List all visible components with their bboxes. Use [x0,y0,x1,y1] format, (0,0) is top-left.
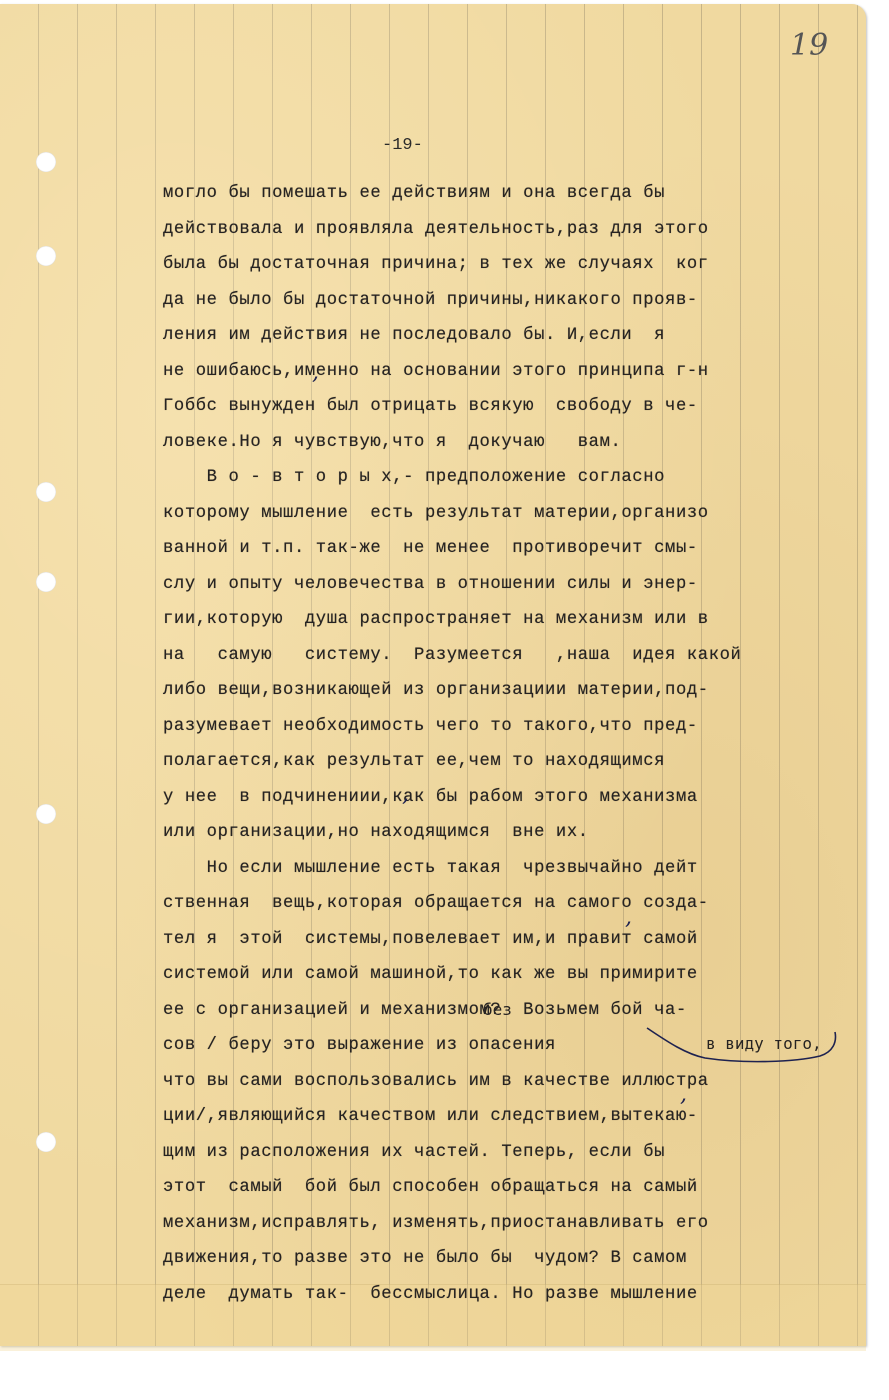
handwritten-folio-number: 19 [790,28,828,63]
text-line: движения,то разве это не было бы чудом? … [163,1241,843,1277]
text-line: системой или самой машиной,то как же вы … [163,957,843,993]
interlinear-insert: без [483,1000,512,1019]
text-line: не ошибаюсь,именно на основании этого пр… [163,354,843,390]
text-line: гии,которую душа распространяет на механ… [163,602,843,638]
punch-hole [36,804,56,824]
text-line: была бы достаточная причина; в тех же сл… [163,247,843,283]
text-line: Гоббс вынужден был отрицать всякую свобо… [163,389,843,425]
insert-mark-curve [645,1020,845,1070]
text-line: ственная вещь,которая обращается на само… [163,886,843,922]
typed-text-body: могло бы помешать ее действиям и она все… [163,176,843,1312]
punch-hole [36,1132,56,1152]
text-line: механизм,исправлять, изменять,приостанав… [163,1206,843,1242]
text-line: да не было бы достаточной причины,никако… [163,283,843,319]
text-line: деле думать так- бессмыслица. Но разве м… [163,1277,843,1313]
handwritten-comma: , [402,782,409,807]
punch-hole [36,246,56,266]
text-line: у нее в подчинениии,как бы рабом этого м… [163,780,843,816]
text-line: могло бы помешать ее действиям и она все… [163,176,843,212]
text-line: которому мышление есть результат материи… [163,496,843,532]
handwritten-comma: , [680,1082,687,1107]
punch-hole [36,152,56,172]
handwritten-comma: , [625,905,632,930]
text-line: ванной и т.п. так-же не менее противореч… [163,531,843,567]
punch-hole [36,572,56,592]
text-line: или организации,но находящимся вне их. [163,815,843,851]
punch-hole [36,482,56,502]
text-line: разумевает необходимость чего то такого,… [163,709,843,745]
text-line: действовала и проявляла деятельность,раз… [163,212,843,248]
text-line: В о - в т о р ы х,- предположение соглас… [163,460,843,496]
text-line: полагается,как результат ее,чем то наход… [163,744,843,780]
text-line: щим из расположения их частей. Теперь, е… [163,1135,843,1171]
text-line: Но если мышление есть такая чрезвычайно … [163,851,843,887]
text-line: ции/,являющийся качеством или следствием… [163,1099,843,1135]
text-line: ловеке.Но я чувствую,что я докучаю вам. [163,425,843,461]
text-line: тел я этой системы,повелевает им,и прави… [163,922,843,958]
handwritten-comma: , [312,360,319,385]
text-line: на самую систему. Разумеется ,наша идея … [163,638,843,674]
text-line: слу и опыту человечества в отношении сил… [163,567,843,603]
text-line: ления им действия не последовало бы. И,е… [163,318,843,354]
text-line: этот самый бой был способен обращаться н… [163,1170,843,1206]
page-number: -19- [382,136,423,155]
text-line: либо вещи,возникающей из организациии ма… [163,673,843,709]
